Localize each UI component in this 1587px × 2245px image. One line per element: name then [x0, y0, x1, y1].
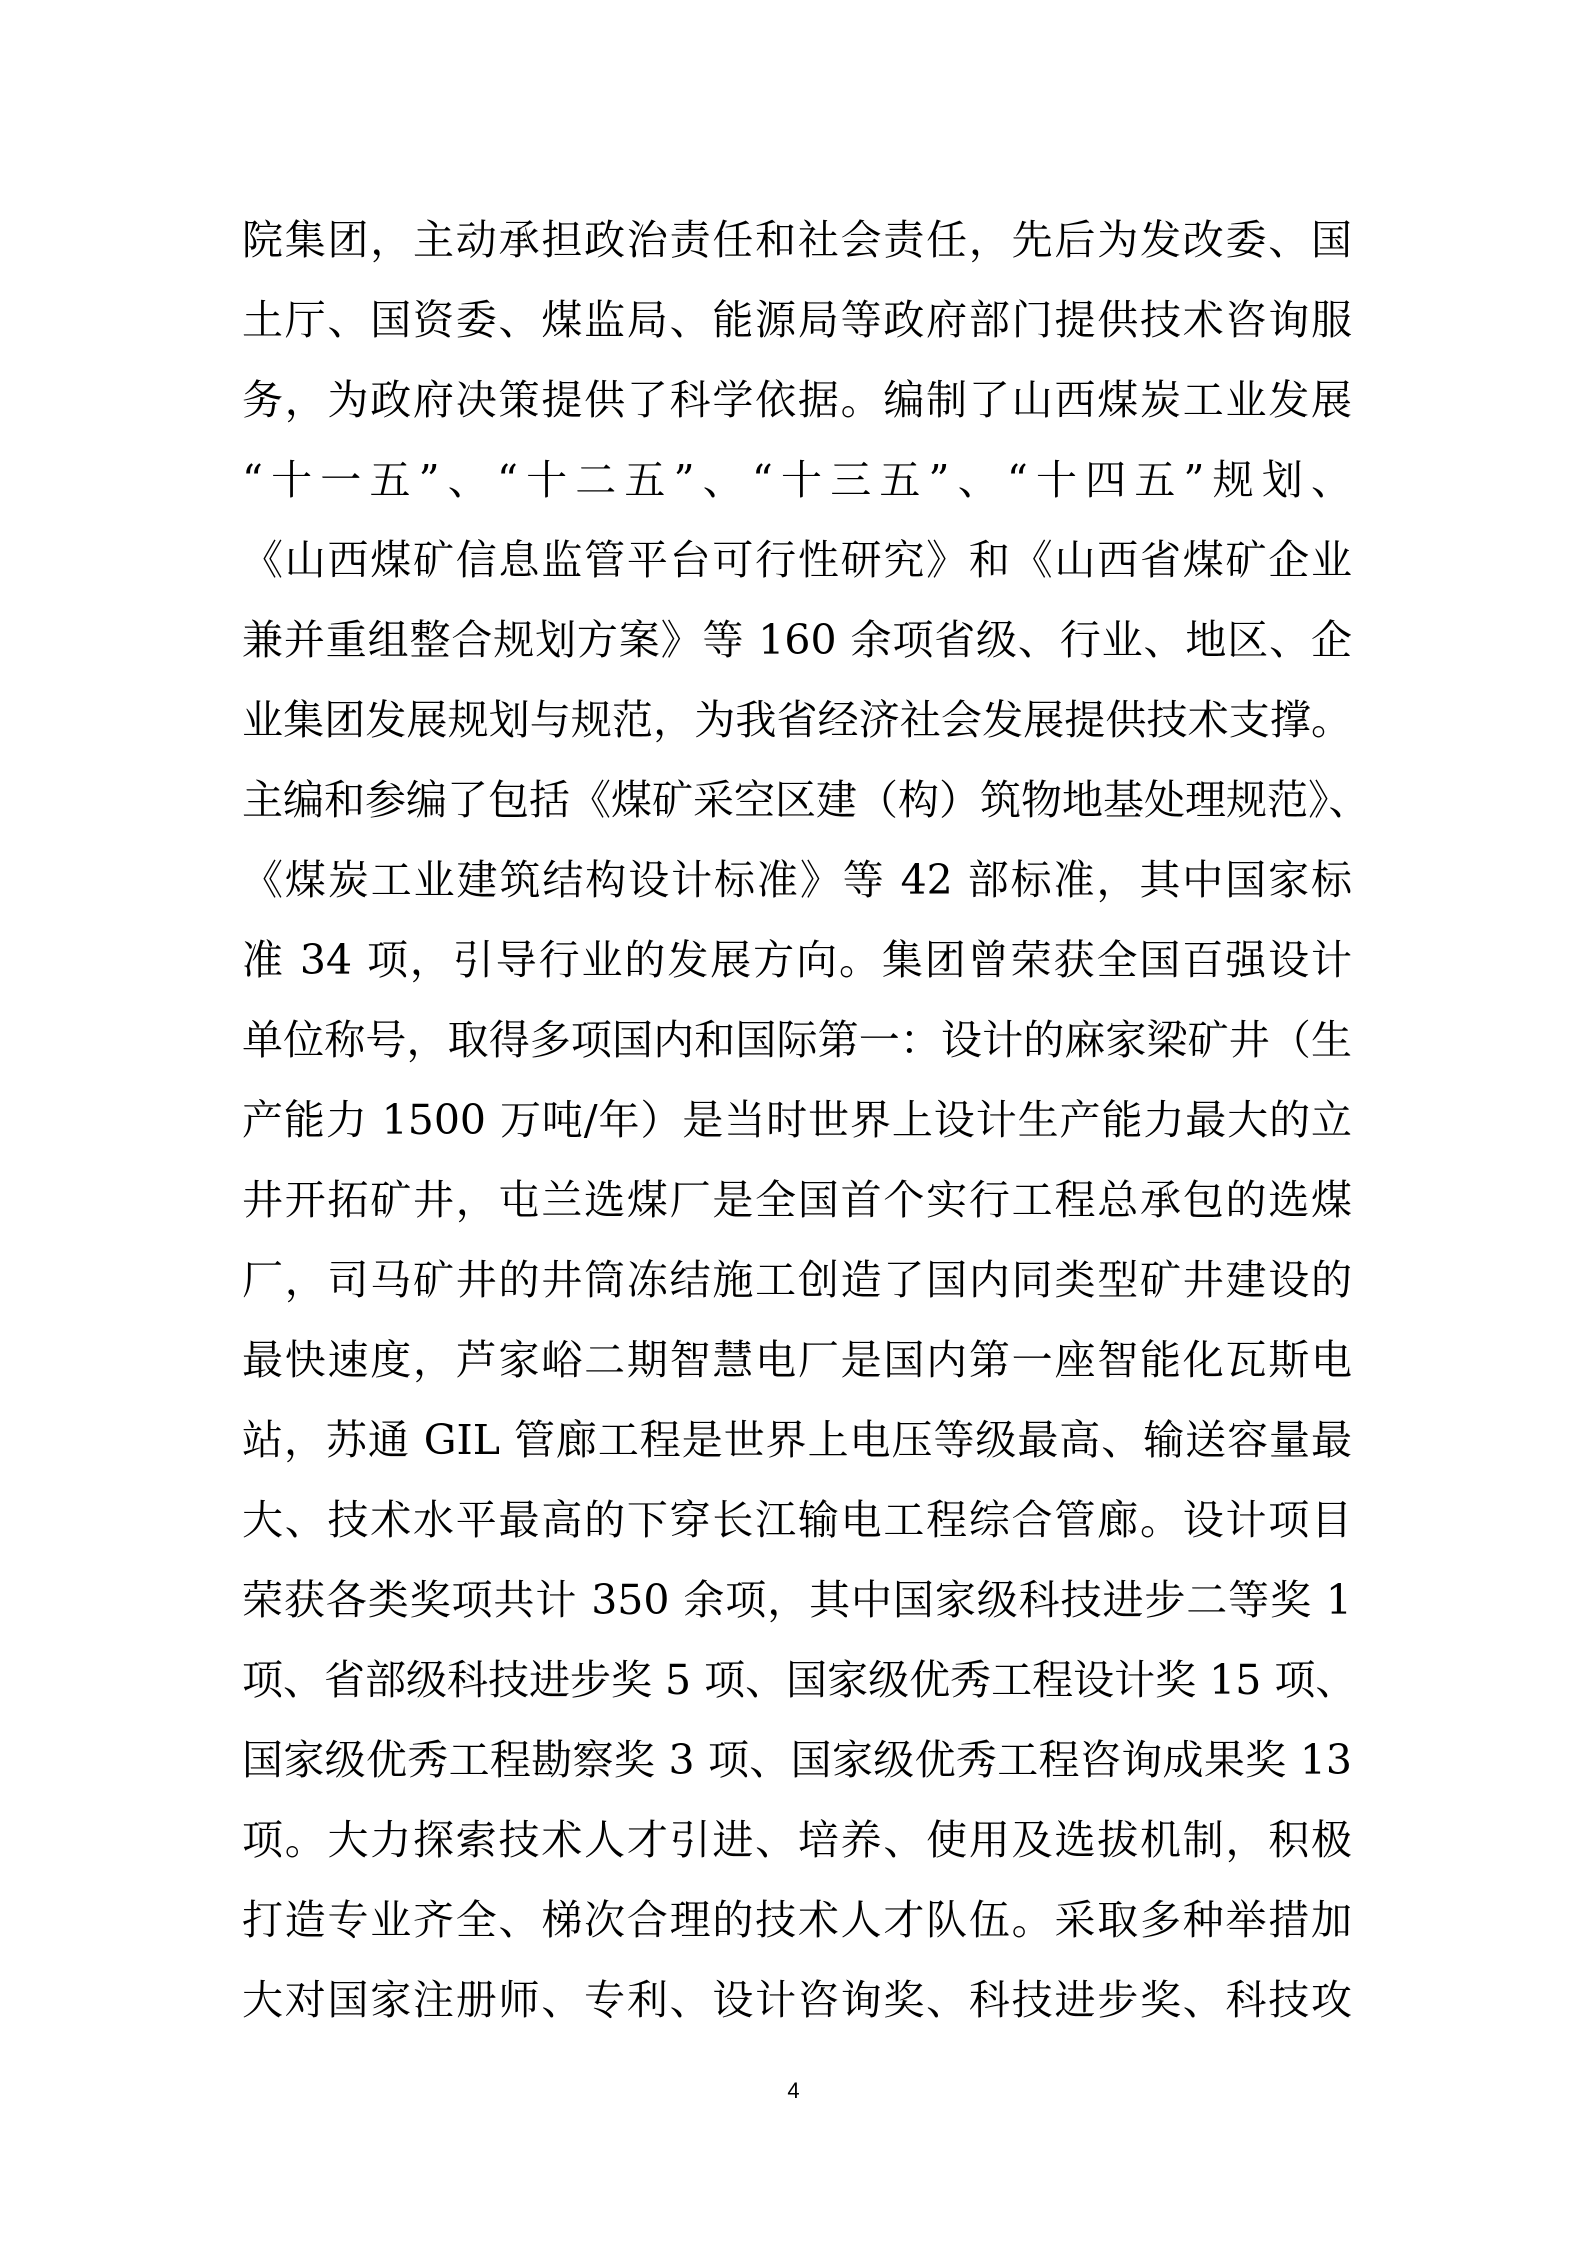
- text-line: 国家级优秀工程勘察奖 3 项、国家级优秀工程咨询成果奖 13: [242, 1728, 1352, 1808]
- text-line: 最快速度，芦家峪二期智慧电厂是国内第一座智能化瓦斯电: [242, 1328, 1352, 1408]
- text-line: 大对国家注册师、专利、设计咨询奖、科技进步奖、科技攻: [242, 1968, 1352, 2048]
- text-line: 打造专业齐全、梯次合理的技术人才队伍。采取多种举措加: [242, 1888, 1352, 1968]
- text-line: 厂，司马矿井的井筒冻结施工创造了国内同类型矿井建设的: [242, 1248, 1352, 1328]
- text-line: 兼并重组整合规划方案》等 160 余项省级、行业、地区、企: [242, 608, 1352, 688]
- text-line: 单位称号，取得多项国内和国际第一：设计的麻家梁矿井（生: [242, 1008, 1352, 1088]
- text-line: 站，苏通 GIL 管廊工程是世界上电压等级最高、输送容量最: [242, 1408, 1352, 1488]
- document-page: 院集团，主动承担政治责任和社会责任，先后为发改委、国 土厅、国资委、煤监局、能源…: [0, 0, 1587, 2245]
- text-line: 产能力 1500 万吨/年）是当时世界上设计生产能力最大的立: [242, 1088, 1352, 1168]
- page-number: 4: [0, 2078, 1587, 2104]
- text-line: 业集团发展规划与规范，为我省经济社会发展提供技术支撑。: [242, 688, 1352, 768]
- text-line: 井开拓矿井，屯兰选煤厂是全国首个实行工程总承包的选煤: [242, 1168, 1352, 1248]
- text-line: 准 34 项，引导行业的发展方向。集团曾荣获全国百强设计: [242, 928, 1352, 1008]
- text-line: 务，为政府决策提供了科学依据。编制了山西煤炭工业发展: [242, 368, 1352, 448]
- text-line: 大、技术水平最高的下穿长江输电工程综合管廊。设计项目: [242, 1488, 1352, 1568]
- body-paragraph: 院集团，主动承担政治责任和社会责任，先后为发改委、国 土厅、国资委、煤监局、能源…: [242, 208, 1352, 2048]
- text-line: 主编和参编了包括《煤矿采空区建（构）筑物地基处理规范》、: [242, 768, 1352, 848]
- text-line: 项、省部级科技进步奖 5 项、国家级优秀工程设计奖 15 项、: [242, 1648, 1352, 1728]
- text-line: “十一五”、“十二五”、“十三五”、“十四五”规划、: [242, 448, 1352, 528]
- text-line: 院集团，主动承担政治责任和社会责任，先后为发改委、国: [242, 208, 1352, 288]
- text-line: 项。大力探索技术人才引进、培养、使用及选拔机制，积极: [242, 1808, 1352, 1888]
- text-line: 荣获各类奖项共计 350 余项，其中国家级科技进步二等奖 1: [242, 1568, 1352, 1648]
- text-line: 《煤炭工业建筑结构设计标准》等 42 部标准，其中国家标: [242, 848, 1352, 928]
- text-line: 土厅、国资委、煤监局、能源局等政府部门提供技术咨询服: [242, 288, 1352, 368]
- text-line: 《山西煤矿信息监管平台可行性研究》和《山西省煤矿企业: [242, 528, 1352, 608]
